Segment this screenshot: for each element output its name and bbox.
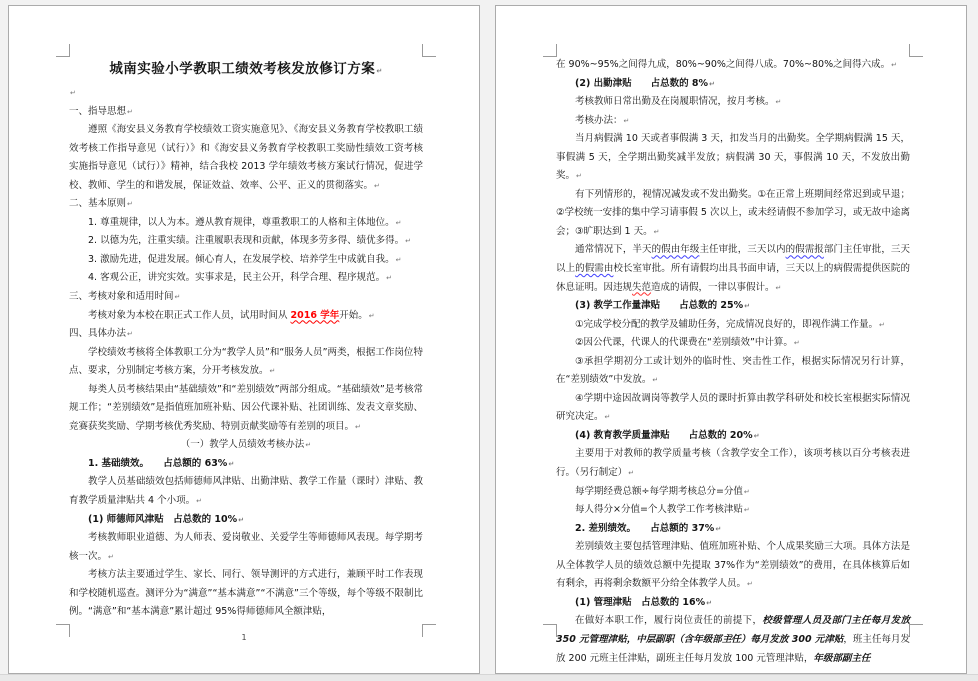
text-run: 城南实验小学教职工绩效考核发放修订方案: [109, 61, 375, 77]
section-heading: 1. 基础绩效。 占总额的 63%: [69, 455, 423, 474]
paragraph: 学校绩效考核将全体教职工分为“教学人员”和“服务人员”两类，根据工作岗位特点、要…: [69, 344, 423, 381]
text-run: 考核方法主要通过学生、家长、同行、领导测评的方式进行，兼顾平时工作表现和学校随机…: [69, 569, 423, 617]
text-run: 造成的请假，一律以事假计。: [651, 282, 775, 293]
paragraph: 差别绩效主要包括管理津贴、值班加班补贴、个人成果奖励三大项。具体方法是从全体教学…: [556, 538, 910, 594]
text-run: 每学期经费总额÷每学期考核总分=分值: [575, 486, 743, 497]
paragraph: 当月病假满 10 天或者事假满 3 天，扣发当月的出勤奖。全学期病假满 15 天…: [556, 130, 910, 186]
paragraph: （一）教学人员绩效考核办法: [69, 436, 423, 455]
text-run: 考核教师日常出勤及在岗履职情况，按月考核。: [575, 96, 775, 107]
section-heading: (4) 教育教学质量津贴 占总数的 20%: [556, 427, 910, 446]
text-run: 考核对象为本校在职正式工作人员，试用时间从: [88, 310, 291, 321]
text-run: 开始。: [339, 310, 368, 321]
text-run: 考核办法：: [575, 115, 623, 126]
blank-line: [69, 84, 423, 103]
text-run: 3. 激励先进，促进发展。倾心育人，在发展学校、培养学生中成就自我。: [88, 254, 395, 265]
paragraph: 遵照《海安县义务教育学校绩效工资实施意见》、《海安县义务教育学校教职工绩效考核工…: [69, 121, 423, 195]
paragraph: ③承担学期初分工或计划外的临时性、突击性工作，根据实际情况另行计算，在“差别绩效…: [556, 353, 910, 390]
paragraph: 主要用于对教师的教学质量考核（含教学安全工作），该项考核以百分考核表进行。（另行…: [556, 445, 910, 482]
paragraph: 2. 以德为先，注重实绩。注重履职表现和贡献，体现多劳多得、绩优多得。: [69, 232, 423, 251]
text-run: ④学期中途因故调岗等教学人员的课时折算由教学科研处和校长室根据实际情况研究决定。: [556, 393, 910, 423]
text-run-wb: 的假需由: [575, 263, 613, 274]
page-1[interactable]: 城南实验小学教职工绩效考核发放修订方案一、指导思想遵照《海安县义务教育学校绩效工…: [8, 5, 480, 674]
text-run-wb: 的假由年级: [652, 244, 700, 255]
paragraph: 3. 激励先进，促进发展。倾心育人，在发展学校、培养学生中成就自我。: [69, 251, 423, 270]
paragraph: 考核办法：: [556, 112, 910, 131]
crop-mark-top-left: [543, 44, 557, 57]
paragraph: 4. 客观公正，讲究实效。实事求是，民主公开，科学合理、程序规范。: [69, 269, 423, 288]
text-run: ②因公代课，代课人的代课费在“差别绩效”中计算。: [575, 337, 793, 348]
text-run: 每类人员考核结果由“基础绩效”和“差别绩效”两部分组成。“基础绩效”是考核常规工…: [69, 384, 423, 432]
section-heading: 三、考核对象和适用时间: [69, 288, 423, 307]
page-number: 1: [9, 633, 479, 643]
text-run: 2. 差别绩效。 占总额的 37%: [575, 523, 714, 534]
text-run: ③承担学期初分工或计划外的临时性、突击性工作，根据实际情况另行计算，在“差别绩效…: [556, 356, 910, 386]
text-run: 考核教师职业道德、为人师表、爱岗敬业、关爱学生等师德师风表现。每学期考核一次。: [69, 532, 423, 562]
paragraph: ④学期中途因故调岗等教学人员的课时折算由教学科研处和校长室根据实际情况研究决定。: [556, 390, 910, 427]
crop-mark-top-right: [909, 44, 923, 57]
text-run: 二、基本原则: [69, 198, 126, 209]
paragraph: 通常情况下，半天的假由年级主任审批，三天以内的假需报部门主任审批，三天以上的假需…: [556, 241, 910, 297]
section-heading: (2) 出勤津贴 占总数的 8%: [556, 75, 910, 94]
section-heading: (1) 管理津贴 占总数的 16%: [556, 594, 910, 613]
text-run-wb: 的假需报: [786, 244, 824, 255]
text-run-bi: 年级部副主任: [813, 653, 870, 664]
text-run: 在做好本职工作，履行岗位责任的前提下，: [575, 615, 762, 626]
text-run: 三、考核对象和适用时间: [69, 291, 174, 302]
paragraph: 每类人员考核结果由“基础绩效”和“差别绩效”两部分组成。“基础绩效”是考核常规工…: [69, 381, 423, 437]
paragraph: 1. 尊重规律，以人为本。遵从教育规律，尊重教职工的人格和主体地位。: [69, 214, 423, 233]
text-run: 学校绩效考核将全体教职工分为“教学人员”和“服务人员”两类，根据工作岗位特点、要…: [69, 347, 423, 377]
text-run: 1. 尊重规律，以人为本。遵从教育规律，尊重教职工的人格和主体地位。: [88, 217, 395, 228]
paragraph: 考核教师职业道德、为人师表、爱岗敬业、关爱学生等师德师风表现。每学期考核一次。: [69, 529, 423, 566]
text-run: 一、指导思想: [69, 106, 126, 117]
text-run-red: 2016 学年: [291, 310, 340, 321]
text-run: 有下列情形的，视情况减发或不发出勤奖。①在正常上班期间经常迟到或早退；②学校统一…: [556, 189, 910, 237]
section-heading: 四、具体办法: [69, 325, 423, 344]
section-heading: 一、指导思想: [69, 103, 423, 122]
text-run-wr: 失范: [632, 282, 651, 293]
document-viewer: 城南实验小学教职工绩效考核发放修订方案一、指导思想遵照《海安县义务教育学校绩效工…: [0, 0, 978, 681]
paragraph: 考核对象为本校在职正式工作人员，试用时间从 2016 学年开始。: [69, 307, 423, 326]
text-run: 2. 以德为先，注重实绩。注重履职表现和贡献，体现多劳多得、绩优多得。: [88, 235, 404, 246]
page-body: 城南实验小学教职工绩效考核发放修订方案一、指导思想遵照《海安县义务教育学校绩效工…: [69, 56, 423, 622]
paragraph: 教学人员基础绩效包括师德师风津贴、出勤津贴、教学工作量（课时）津贴、教育教学质量…: [69, 473, 423, 510]
text-run: (1) 管理津贴 占总数的 16%: [575, 597, 705, 608]
section-heading: (3) 教学工作量津贴 占总数的 25%: [556, 297, 910, 316]
section-heading: (1) 师德师风津贴 占总数的 10%: [69, 511, 423, 530]
text-run: ①完成学校分配的教学及辅助任务，完成情况良好的，即视作满工作量。: [575, 319, 878, 330]
page-number: 2: [496, 633, 966, 643]
text-run: 当月病假满 10 天或者事假满 3 天，扣发当月的出勤奖。全学期病假满 15 天…: [556, 133, 910, 181]
doc-title: 城南实验小学教职工绩效考核发放修订方案: [69, 56, 423, 84]
paragraph: 每人得分×分值=个人教学工作考核津贴: [556, 501, 910, 520]
text-run: (3) 教学工作量津贴 占总数的 25%: [575, 300, 743, 311]
paragraph: 在 90%~95%之间得九成，80%~90%之间得八成。70%~80%之间得六成…: [556, 56, 910, 75]
paragraph: ②因公代课，代课人的代课费在“差别绩效”中计算。: [556, 334, 910, 353]
text-run: 通常情况下，半天: [575, 244, 652, 255]
page-body: 在 90%~95%之间得九成，80%~90%之间得八成。70%~80%之间得六成…: [556, 56, 910, 668]
text-run: 教学人员基础绩效包括师德师风津贴、出勤津贴、教学工作量（课时）津贴、教育教学质量…: [69, 476, 423, 506]
paragraph: 有下列情形的，视情况减发或不发出勤奖。①在正常上班期间经常迟到或早退；②学校统一…: [556, 186, 910, 242]
text-run: (4) 教育教学质量津贴 占总数的 20%: [575, 430, 753, 441]
text-run: 在 90%~95%之间得九成，80%~90%之间得八成。70%~80%之间得六成…: [556, 59, 890, 70]
section-heading: 二、基本原则: [69, 195, 423, 214]
text-run: (1) 师德师风津贴 占总数的 10%: [88, 514, 237, 525]
text-run: 每人得分×分值=个人教学工作考核津贴: [575, 504, 743, 515]
text-run: 主任审批，三天以内: [699, 244, 785, 255]
text-run: （一）教学人员绩效考核办法: [181, 439, 305, 450]
text-run: 1. 基础绩效。 占总额的 63%: [88, 458, 227, 469]
paragraph: 考核教师日常出勤及在岗履职情况，按月考核。: [556, 93, 910, 112]
paragraph: 考核方法主要通过学生、家长、同行、领导测评的方式进行，兼顾平时工作表现和学校随机…: [69, 566, 423, 622]
crop-mark-top-left: [56, 44, 70, 57]
text-run: 四、具体办法: [69, 328, 126, 339]
text-run: 差别绩效主要包括管理津贴、值班加班补贴、个人成果奖励三大项。具体方法是从全体教学…: [556, 541, 910, 589]
paragraph: 每学期经费总额÷每学期考核总分=分值: [556, 483, 910, 502]
section-heading: 2. 差别绩效。 占总额的 37%: [556, 520, 910, 539]
paragraph: ①完成学校分配的教学及辅助任务，完成情况良好的，即视作满工作量。: [556, 316, 910, 335]
text-run: 遵照《海安县义务教育学校绩效工资实施意见》、《海安县义务教育学校教职工绩效考核工…: [69, 124, 423, 191]
text-run: 4. 客观公正，讲究实效。实事求是，民主公开，科学合理、程序规范。: [88, 272, 385, 283]
text-run: 主要用于对教师的教学质量考核（含教学安全工作），该项考核以百分考核表进行。（另行…: [556, 448, 910, 478]
crop-mark-top-right: [422, 44, 436, 57]
page-2[interactable]: 在 90%~95%之间得九成，80%~90%之间得八成。70%~80%之间得六成…: [495, 5, 967, 674]
text-run: (2) 出勤津贴 占总数的 8%: [575, 78, 708, 89]
window-bottom-edge: [0, 674, 978, 681]
